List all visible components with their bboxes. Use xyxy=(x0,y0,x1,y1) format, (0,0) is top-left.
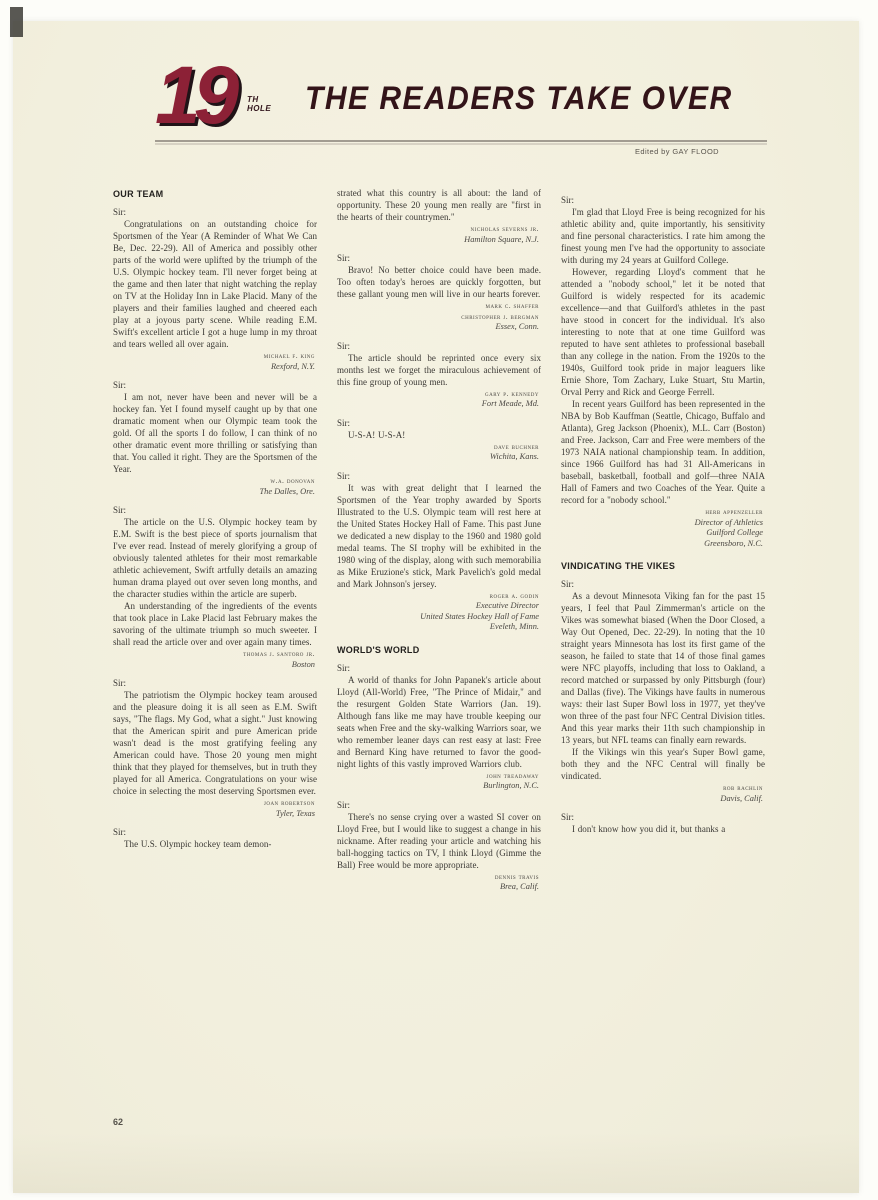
section-title: THE READERS TAKE OVER xyxy=(305,81,767,118)
signature-name: Rob Rachlin xyxy=(561,783,763,794)
19th-hole-numeral: 19 xyxy=(155,55,232,137)
letter-paragraph: There's no sense crying over a wasted SI… xyxy=(337,811,541,871)
suffix-hole: HOLE xyxy=(247,104,271,113)
letter-paragraph: Congratulations on an outstanding choice… xyxy=(113,218,317,350)
signature-place: Director of Athletics xyxy=(561,518,763,529)
letter-salutation: Sir: xyxy=(561,194,765,206)
letter-signature: Dave BuchnerWichita, Kans. xyxy=(337,442,539,463)
signature-name: Mark C. Shaffer xyxy=(337,301,539,312)
letter-heading: OUR TEAM xyxy=(113,189,317,199)
letter-signature: Herb AppenzellerDirector of AthleticsGui… xyxy=(561,507,763,549)
signature-name: Dave Buchner xyxy=(337,442,539,453)
letter-signature: Roger A. GodinExecutive DirectorUnited S… xyxy=(337,591,539,633)
letter-paragraph: The article should be reprinted once eve… xyxy=(337,352,541,388)
letter-signature: W.A. DonovanThe Dalles, Ore. xyxy=(113,476,315,497)
signature-place: Brea, Calif. xyxy=(337,882,539,893)
letter-paragraph: The article on the U.S. Olympic hockey t… xyxy=(113,516,317,600)
signature-name: Joan Robertson xyxy=(113,798,315,809)
letter-paragraph: I am not, never have been and never will… xyxy=(113,391,317,475)
letter-salutation: Sir: xyxy=(337,799,541,811)
page-number: 62 xyxy=(113,1117,123,1127)
signature-place: Davis, Calif. xyxy=(561,794,763,805)
signature-name: Thomas J. Santoro Jr. xyxy=(113,649,315,660)
signature-name: Nicholas Severns Jr. xyxy=(337,224,539,235)
letter-paragraph: However, regarding Lloyd's comment that … xyxy=(561,266,765,398)
letter-paragraph: Bravo! No better choice could have been … xyxy=(337,264,541,300)
letter-signature: Nicholas Severns Jr.Hamilton Square, N.J… xyxy=(337,224,539,245)
letter-salutation: Sir: xyxy=(113,206,317,218)
letter-signature: John TreadawayBurlington, N.C. xyxy=(337,771,539,792)
letter-paragraph: The U.S. Olympic hockey team demon- xyxy=(113,838,317,850)
signature-name: Herb Appenzeller xyxy=(561,507,763,518)
signature-name: W.A. Donovan xyxy=(113,476,315,487)
letter-paragraph: U-S-A! U-S-A! xyxy=(337,429,541,441)
signature-place: Greensboro, N.C. xyxy=(561,539,763,550)
signature-name: John Treadaway xyxy=(337,771,539,782)
letter-signature: Gary P. KennedyFort Meade, Md. xyxy=(337,389,539,410)
letter-paragraph: As a devout Minnesota Viking fan for the… xyxy=(561,590,765,746)
letter-paragraph: A world of thanks for John Papanek's art… xyxy=(337,674,541,770)
signature-place: Boston xyxy=(113,660,315,671)
signature-place: United States Hockey Hall of Fame xyxy=(337,612,539,623)
letters-column-1: OUR TEAMSir:Congratulations on an outsta… xyxy=(113,187,317,1137)
letter-paragraph: I don't know how you did it, but thanks … xyxy=(561,823,765,835)
letter-signature: Dennis TravisBrea, Calif. xyxy=(337,872,539,893)
signature-place: Executive Director xyxy=(337,601,539,612)
19th-hole-suffix: TH HOLE xyxy=(247,95,271,113)
signature-name: Dennis Travis xyxy=(337,872,539,883)
signature-place: Fort Meade, Md. xyxy=(337,399,539,410)
edited-by-credit: Edited by GAY FLOOD xyxy=(635,147,719,156)
letters-column-2: strated what this country is all about: … xyxy=(337,187,541,1137)
signature-place: Tyler, Texas xyxy=(113,809,315,820)
suffix-th: TH xyxy=(247,95,271,104)
letter-paragraph: An understanding of the ingredients of t… xyxy=(113,600,317,648)
letter-salutation: Sir: xyxy=(113,504,317,516)
letter-heading: VINDICATING THE VIKES xyxy=(561,561,765,571)
letter-salutation: Sir: xyxy=(337,252,541,264)
magazine-page: 19 TH HOLE THE READERS TAKE OVER Edited … xyxy=(13,21,859,1193)
letter-salutation: Sir: xyxy=(561,811,765,823)
scan-shading xyxy=(13,1133,859,1193)
signature-place: Eveleth, Minn. xyxy=(337,622,539,633)
letter-paragraph: strated what this country is all about: … xyxy=(337,187,541,223)
letter-paragraph: In recent years Guilford has been repres… xyxy=(561,398,765,506)
signature-place: Burlington, N.C. xyxy=(337,781,539,792)
letter-signature: Thomas J. Santoro Jr.Boston xyxy=(113,649,315,670)
letter-salutation: Sir: xyxy=(113,379,317,391)
letter-salutation: Sir: xyxy=(337,417,541,429)
signature-name: Michael F. King xyxy=(113,351,315,362)
magazine-scan: 19 TH HOLE THE READERS TAKE OVER Edited … xyxy=(0,0,878,1200)
signature-place: Hamilton Square, N.J. xyxy=(337,235,539,246)
letter-salutation: Sir: xyxy=(113,826,317,838)
letter-signature: Joan RobertsonTyler, Texas xyxy=(113,798,315,819)
letter-signature: Mark C. ShafferChristopher J. BergmanEss… xyxy=(337,301,539,333)
signature-name: Christopher J. Bergman xyxy=(337,312,539,323)
signature-place: Rexford, N.Y. xyxy=(113,362,315,373)
signature-place: Essex, Conn. xyxy=(337,322,539,333)
signature-name: Roger A. Godin xyxy=(337,591,539,602)
signature-place: Guilford College xyxy=(561,528,763,539)
letter-signature: Michael F. KingRexford, N.Y. xyxy=(113,351,315,372)
letter-signature: Rob RachlinDavis, Calif. xyxy=(561,783,763,804)
scan-artifact-mark xyxy=(10,7,23,37)
letter-salutation: Sir: xyxy=(337,470,541,482)
letter-salutation: Sir: xyxy=(337,340,541,352)
letter-paragraph: The patriotism the Olympic hockey team a… xyxy=(113,689,317,797)
signature-name: Gary P. Kennedy xyxy=(337,389,539,400)
letter-salutation: Sir: xyxy=(113,677,317,689)
letter-salutation: Sir: xyxy=(561,578,765,590)
letter-salutation: Sir: xyxy=(337,662,541,674)
letter-paragraph: It was with great delight that I learned… xyxy=(337,482,541,590)
letter-paragraph: If the Vikings win this year's Super Bow… xyxy=(561,746,765,782)
letter-heading: WORLD'S WORLD xyxy=(337,645,541,655)
section-header: 19 TH HOLE THE READERS TAKE OVER Edited … xyxy=(155,61,767,171)
signature-place: The Dalles, Ore. xyxy=(113,487,315,498)
letters-column-3: Sir:I'm glad that Lloyd Free is being re… xyxy=(561,187,765,1137)
header-rule xyxy=(155,140,767,142)
letter-paragraph: I'm glad that Lloyd Free is being recogn… xyxy=(561,206,765,266)
letters-columns: OUR TEAMSir:Congratulations on an outsta… xyxy=(113,187,765,1137)
signature-place: Wichita, Kans. xyxy=(337,452,539,463)
